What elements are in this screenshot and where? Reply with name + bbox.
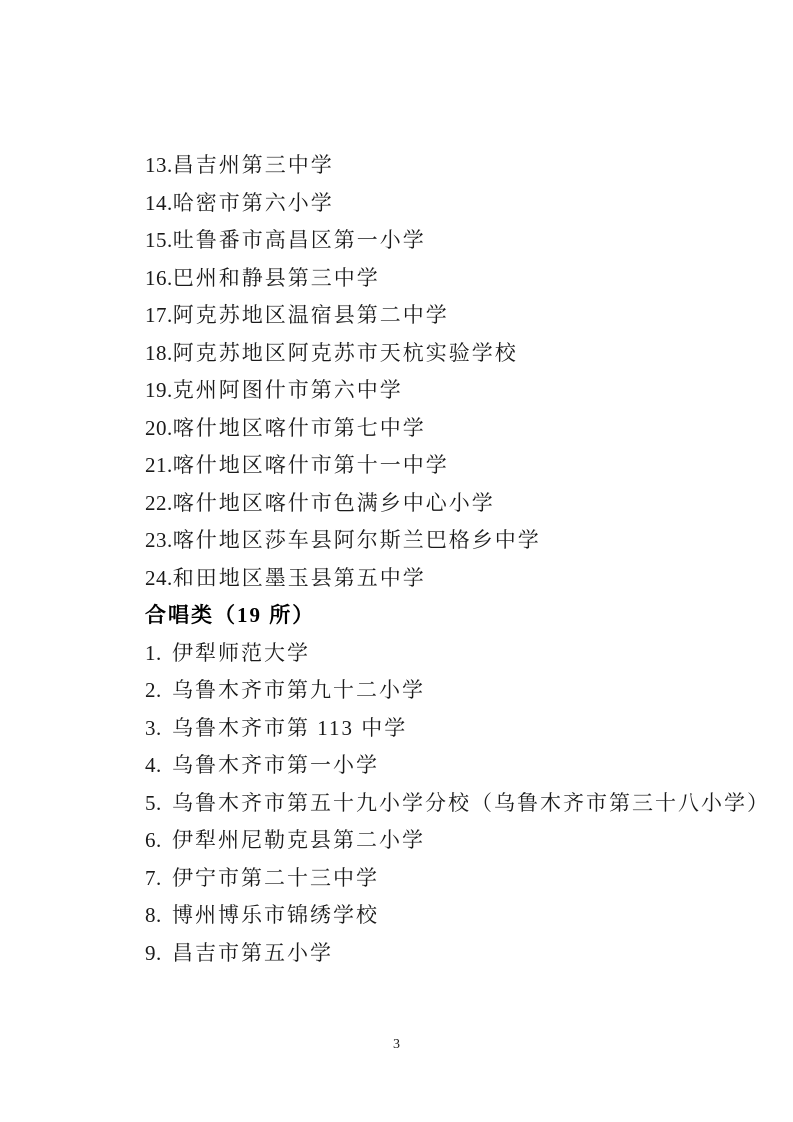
list-item-number: 3. — [145, 710, 172, 748]
list-item-number: 13. — [145, 147, 173, 185]
list-item: 2.乌鲁木齐市第九十二小学 — [145, 672, 753, 710]
section-heading: 合唱类（19 所） — [145, 597, 753, 635]
list-item-number: 9. — [145, 935, 172, 973]
list-item: 16.巴州和静县第三中学 — [145, 260, 753, 298]
list-item-number: 21. — [145, 447, 173, 485]
school-name: 喀什地区喀什市第七中学 — [173, 416, 426, 440]
school-name: 和田地区墨玉县第五中学 — [173, 566, 426, 590]
school-name: 伊宁市第二十三中学 — [172, 866, 379, 890]
school-name: 喀什地区莎车县阿尔斯兰巴格乡中学 — [173, 528, 541, 552]
school-name: 克州阿图什市第六中学 — [173, 378, 403, 402]
school-name: 喀什地区喀什市色满乡中心小学 — [173, 491, 495, 515]
list-item-number: 18. — [145, 335, 173, 373]
list-item-number: 2. — [145, 672, 172, 710]
list-item-number: 6. — [145, 822, 172, 860]
list-item: 15.吐鲁番市高昌区第一小学 — [145, 222, 753, 260]
list-item: 22.喀什地区喀什市色满乡中心小学 — [145, 485, 753, 523]
list-item-number: 8. — [145, 897, 172, 935]
school-name: 喀什地区喀什市第十一中学 — [173, 453, 449, 477]
list-item: 21.喀什地区喀什市第十一中学 — [145, 447, 753, 485]
list-item-number: 14. — [145, 185, 173, 223]
list-item: 17.阿克苏地区温宿县第二中学 — [145, 297, 753, 335]
list-item: 19.克州阿图什市第六中学 — [145, 372, 753, 410]
list-item-number: 16. — [145, 260, 173, 298]
list-item-number: 23. — [145, 522, 173, 560]
list-item-number: 5. — [145, 785, 172, 823]
school-name: 阿克苏地区阿克苏市天杭实验学校 — [173, 341, 518, 365]
list-item-number: 1. — [145, 635, 172, 673]
list-item: 24.和田地区墨玉县第五中学 — [145, 560, 753, 598]
school-name: 昌吉市第五小学 — [172, 941, 333, 965]
school-name: 乌鲁木齐市第一小学 — [172, 753, 379, 777]
list-item-number: 4. — [145, 747, 172, 785]
document-body: 13.昌吉州第三中学 14.哈密市第六小学 15.吐鲁番市高昌区第一小学 16.… — [145, 147, 753, 972]
list-item-number: 15. — [145, 222, 173, 260]
list-item: 9.昌吉市第五小学 — [145, 935, 753, 973]
school-name: 阿克苏地区温宿县第二中学 — [173, 303, 449, 327]
school-name: 昌吉州第三中学 — [173, 153, 334, 177]
list-item-number: 24. — [145, 560, 173, 598]
list-item: 5.乌鲁木齐市第五十九小学分校（乌鲁木齐市第三十八小学） — [145, 785, 753, 823]
list-item-number: 22. — [145, 485, 173, 523]
school-name: 巴州和静县第三中学 — [173, 266, 380, 290]
school-name: 哈密市第六小学 — [173, 191, 334, 215]
school-name: 乌鲁木齐市第 113 中学 — [172, 716, 407, 740]
list-item: 13.昌吉州第三中学 — [145, 147, 753, 185]
list-item-number: 7. — [145, 860, 172, 898]
document-page: 13.昌吉州第三中学 14.哈密市第六小学 15.吐鲁番市高昌区第一小学 16.… — [0, 0, 793, 1122]
school-name: 博州博乐市锦绣学校 — [172, 903, 379, 927]
school-name: 伊犁州尼勒克县第二小学 — [172, 828, 425, 852]
list-item: 4.乌鲁木齐市第一小学 — [145, 747, 753, 785]
list-item: 7.伊宁市第二十三中学 — [145, 860, 753, 898]
list-item-number: 19. — [145, 372, 173, 410]
list-item-number: 17. — [145, 297, 173, 335]
list-item-number: 20. — [145, 410, 173, 448]
list-item: 8.博州博乐市锦绣学校 — [145, 897, 753, 935]
list-item: 14.哈密市第六小学 — [145, 185, 753, 223]
list-item: 3.乌鲁木齐市第 113 中学 — [145, 710, 753, 748]
school-name: 乌鲁木齐市第五十九小学分校（乌鲁木齐市第三十八小学） — [172, 791, 770, 815]
list-item: 6.伊犁州尼勒克县第二小学 — [145, 822, 753, 860]
list-item: 18.阿克苏地区阿克苏市天杭实验学校 — [145, 335, 753, 373]
list-item: 1.伊犁师范大学 — [145, 635, 753, 673]
list-item: 20.喀什地区喀什市第七中学 — [145, 410, 753, 448]
list-item: 23.喀什地区莎车县阿尔斯兰巴格乡中学 — [145, 522, 753, 560]
page-number-label: 3 — [0, 1036, 793, 1054]
school-name: 伊犁师范大学 — [172, 641, 310, 665]
school-name: 吐鲁番市高昌区第一小学 — [173, 228, 426, 252]
school-name: 乌鲁木齐市第九十二小学 — [172, 678, 425, 702]
